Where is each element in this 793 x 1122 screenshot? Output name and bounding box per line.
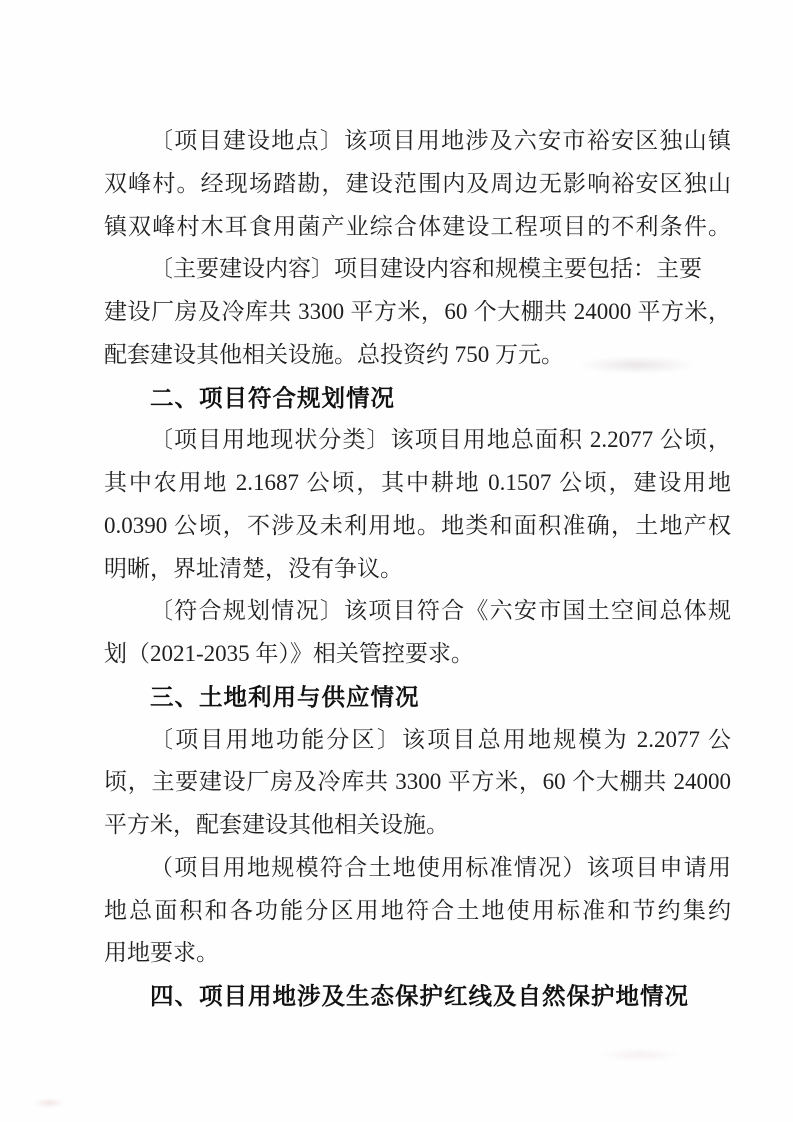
paragraph-line: 0.0390 公顷，不涉及未利用地。地类和面积准确，土地产权 xyxy=(104,505,731,548)
document-page: 〔项目建设地点〕该项目用地涉及六安市裕安区独山镇 双峰村。经现场踏勘，建设范围内… xyxy=(0,0,793,1122)
paragraph-line: 建设厂房及冷库共 3300 平方米，60 个大棚共 24000 平方米， xyxy=(104,291,731,334)
paragraph-line: 平方米，配套建设其他相关设施。 xyxy=(104,804,731,847)
section-heading-2: 二、项目符合规划情况 xyxy=(104,377,731,420)
paragraph-line: 顷，主要建设厂房及冷库共 3300 平方米，60 个大棚共 24000 xyxy=(104,761,731,804)
paragraph-line: 〔项目建设地点〕该项目用地涉及六安市裕安区独山镇 xyxy=(104,120,731,163)
scan-smudge xyxy=(34,1098,64,1108)
section-heading-3: 三、土地利用与供应情况 xyxy=(104,676,731,719)
paragraph-line: 划（2021-2035 年）》相关管控要求。 xyxy=(104,633,731,676)
document-text-block: 〔项目建设地点〕该项目用地涉及六安市裕安区独山镇 双峰村。经现场踏勘，建设范围内… xyxy=(104,120,731,1018)
scan-smudge xyxy=(600,1048,680,1062)
paragraph-line: 镇双峰村木耳食用菌产业综合体建设工程项目的不利条件。 xyxy=(104,206,731,249)
paragraph-line: 〔项目用地功能分区〕该项目总用地规模为 2.2077 公 xyxy=(104,719,731,762)
paragraph-line: 配套建设其他相关设施。总投资约 750 万元。 xyxy=(104,334,731,377)
paragraph-line: 其中农用地 2.1687 公顷，其中耕地 0.1507 公顷，建设用地 xyxy=(104,462,731,505)
paragraph-line: 地总面积和各功能分区用地符合土地使用标准和节约集约 xyxy=(104,890,731,933)
paragraph-line: 〔项目用地现状分类〕该项目用地总面积 2.2077 公顷， xyxy=(104,419,731,462)
paragraph-line: 明晰，界址清楚，没有争议。 xyxy=(104,548,731,591)
paragraph-line: （项目用地规模符合土地使用标准情况）该项目申请用 xyxy=(104,847,731,890)
paragraph-line: 用地要求。 xyxy=(104,932,731,975)
paragraph-line: 〔符合规划情况〕该项目符合《六安市国土空间总体规 xyxy=(104,590,731,633)
section-heading-4: 四、项目用地涉及生态保护红线及自然保护地情况 xyxy=(104,975,731,1018)
paragraph-line: 双峰村。经现场踏勘，建设范围内及周边无影响裕安区独山 xyxy=(104,163,731,206)
paragraph-line: 〔主要建设内容〕项目建设内容和规模主要包括：主要 xyxy=(104,248,731,291)
